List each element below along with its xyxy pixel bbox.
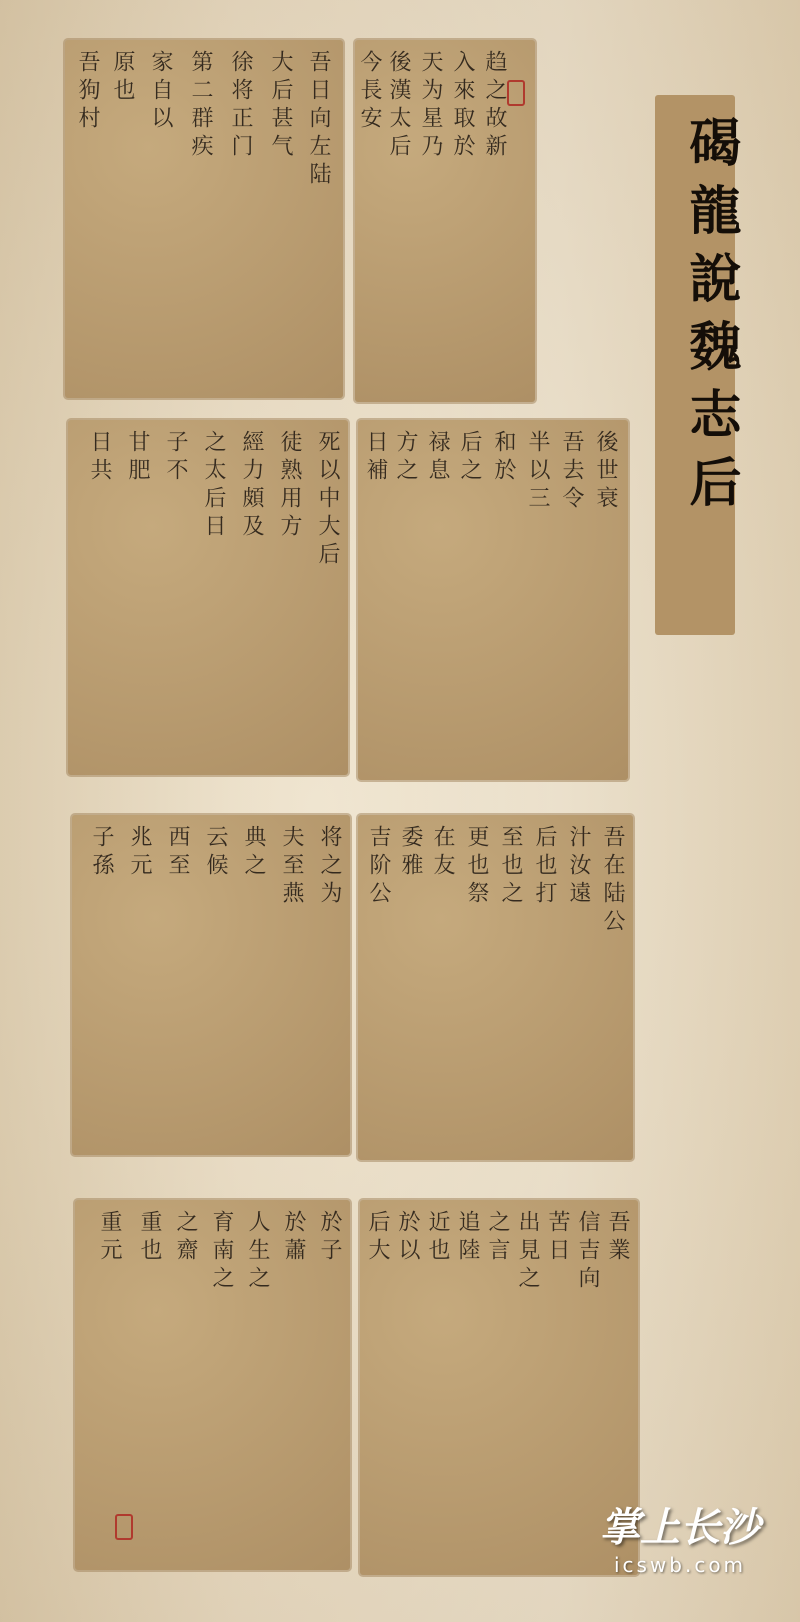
watermark: 掌上长沙 icswb.com (600, 1496, 760, 1577)
text-column: 委雅 (399, 825, 421, 881)
text-column: 家自以 (149, 50, 171, 134)
text-column: 重也 (138, 1210, 160, 1266)
text-column: 苦日 (546, 1210, 568, 1266)
text-column: 育南之 (210, 1210, 232, 1294)
red-seal (115, 1514, 133, 1540)
text-column: 将之为 (318, 825, 340, 909)
text-column: 后大 (366, 1210, 388, 1266)
text-column: 追陸 (456, 1210, 478, 1266)
text-column: 吾在陆公 (601, 825, 623, 937)
text-column: 之言 (486, 1210, 508, 1266)
text-column: 在友 (431, 825, 453, 881)
text-column: 吉阶公 (367, 825, 389, 909)
text-column: 重元 (98, 1210, 120, 1266)
text-column: 和於 (492, 430, 514, 486)
title-text: 碣龍說魏志后 (673, 115, 748, 523)
manuscript-panel: 趋之故新 入來取於 天为星乃 後漢太后 今長安 (355, 40, 535, 402)
text-column: 至也之 (499, 825, 521, 909)
text-column: 徒熟用方 (278, 430, 300, 542)
text-column: 後漢太后 (387, 50, 409, 162)
text-column: 原也 (111, 50, 133, 106)
text-column: 西至 (166, 825, 188, 881)
text-column: 子孫 (90, 825, 112, 881)
text-column: 之太后日 (202, 430, 224, 542)
text-column: 云候 (204, 825, 226, 881)
text-column: 於子 (318, 1210, 340, 1266)
red-seal (507, 80, 525, 106)
text-column: 人生之 (246, 1210, 268, 1294)
watermark-url: icswb.com (600, 1553, 760, 1577)
text-column: 后之 (458, 430, 480, 486)
text-column: 方之 (394, 430, 416, 486)
text-column: 日補 (364, 430, 386, 486)
text-column: 吾去令 (560, 430, 582, 514)
manuscript-panel: 於子 於蕭 人生之 育南之 之齋 重也 重元 (75, 1200, 350, 1570)
text-column: 吾狗村 (76, 50, 98, 134)
text-column: 典之 (242, 825, 264, 881)
text-column: 第二群疾 (189, 50, 211, 162)
text-column: 後世衰 (594, 430, 616, 514)
text-column: 更也祭 (465, 825, 487, 909)
text-column: 信吉向 (576, 1210, 598, 1294)
title-strip: 碣龍說魏志后 (655, 95, 735, 635)
text-column: 吾日向左陆 (307, 50, 329, 190)
text-column: 近也 (426, 1210, 448, 1266)
text-column: 今長安 (358, 50, 380, 134)
text-column: 趋之故新 (483, 50, 505, 162)
text-column: 徐将正门 (229, 50, 251, 162)
text-column: 經力頗及 (240, 430, 262, 542)
text-column: 禄息 (426, 430, 448, 486)
manuscript-panel: 後世衰 吾去令 半以三 和於 后之 禄息 方之 日補 (358, 420, 628, 780)
text-column: 半以三 (526, 430, 548, 514)
text-column: 入來取於 (451, 50, 473, 162)
text-column: 死以中大后 (316, 430, 338, 570)
text-column: 甘肥 (126, 430, 148, 486)
text-column: 子不 (164, 430, 186, 486)
manuscript-panel: 吾日向左陆 大后甚气 徐将正门 第二群疾 家自以 原也 吾狗村 (65, 40, 343, 398)
text-column: 吾業 (606, 1210, 628, 1266)
manuscript-panel: 吾業 信吉向 苦日 出見之 之言 追陸 近也 於以 后大 (360, 1200, 638, 1575)
text-column: 之齋 (174, 1210, 196, 1266)
text-column: 兆元 (128, 825, 150, 881)
text-column: 日共 (88, 430, 110, 486)
text-column: 汁汝遠 (567, 825, 589, 909)
watermark-logo-text: 掌上长沙 (600, 1496, 760, 1553)
text-column: 於以 (396, 1210, 418, 1266)
text-column: 出見之 (516, 1210, 538, 1294)
text-column: 夫至燕 (280, 825, 302, 909)
text-column: 於蕭 (282, 1210, 304, 1266)
manuscript-panel: 将之为 夫至燕 典之 云候 西至 兆元 子孫 (72, 815, 350, 1155)
manuscript-panel: 死以中大后 徒熟用方 經力頗及 之太后日 子不 甘肥 日共 (68, 420, 348, 775)
text-column: 大后甚气 (269, 50, 291, 162)
text-column: 后也打 (533, 825, 555, 909)
text-column: 天为星乃 (419, 50, 441, 162)
manuscript-panel: 吾在陆公 汁汝遠 后也打 至也之 更也祭 在友 委雅 吉阶公 (358, 815, 633, 1160)
